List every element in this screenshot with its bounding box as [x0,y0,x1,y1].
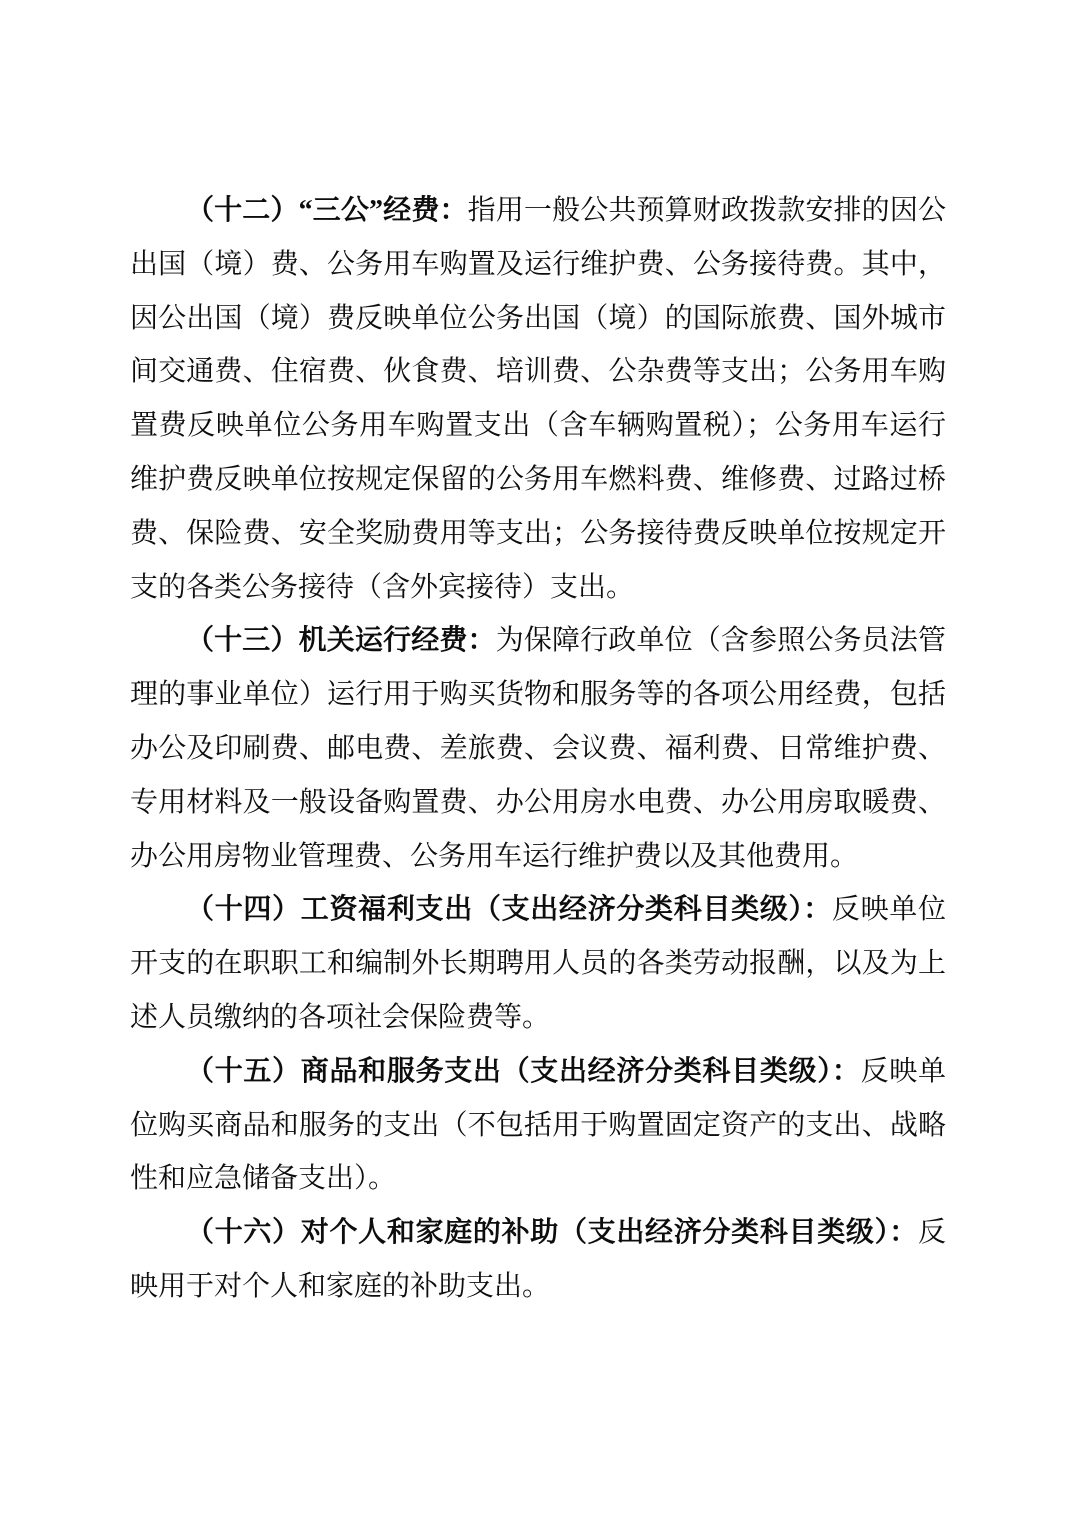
paragraph-16-lead: （十六）对个人和家庭的补助（支出经济分类科目类级）： [186,1217,918,1248]
paragraph-15-lead: （十五）商品和服务支出（支出经济分类科目类级）： [186,1056,861,1087]
document-page: （十二）“三公”经费：指用一般公共预算财政拨款安排的因公出国（境）费、公务用车购… [0,0,1075,1521]
paragraph-12-text: 指用一般公共预算财政拨款安排的因公出国（境）费、公务用车购置及运行维护费、公务接… [130,195,946,603]
paragraph-12: （十二）“三公”经费：指用一般公共预算财政拨款安排的因公出国（境）费、公务用车购… [130,184,946,614]
paragraph-14-lead: （十四）工资福利支出（支出经济分类科目类级）： [186,894,832,925]
document-body: （十二）“三公”经费：指用一般公共预算财政拨款安排的因公出国（境）费、公务用车购… [130,184,946,1314]
paragraph-13-text: 为保障行政单位（含参照公务员法管理的事业单位）运行用于购买货物和服务等的各项公用… [130,625,946,871]
paragraph-12-lead: （十二）“三公”经费： [186,195,468,226]
paragraph-14: （十四）工资福利支出（支出经济分类科目类级）：反映单位开支的在职职工和编制外长期… [130,883,946,1044]
paragraph-13-lead: （十三）机关运行经费： [186,625,496,656]
paragraph-16: （十六）对个人和家庭的补助（支出经济分类科目类级）：反映用于对个人和家庭的补助支… [130,1206,946,1314]
paragraph-13: （十三）机关运行经费：为保障行政单位（含参照公务员法管理的事业单位）运行用于购买… [130,614,946,883]
paragraph-15: （十五）商品和服务支出（支出经济分类科目类级）：反映单位购买商品和服务的支出（不… [130,1045,946,1206]
